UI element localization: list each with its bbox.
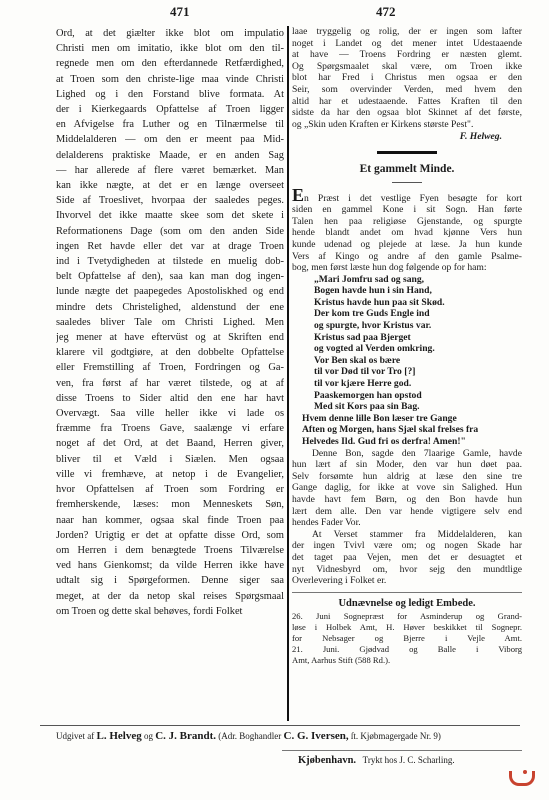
text-line: det taget paa Vejen, men det er desuagte…	[292, 552, 522, 564]
text-line: Middelalderen — om den er meent paa Mid-	[56, 132, 284, 147]
footer-rule-2	[282, 750, 522, 751]
intro-text: laae tryggelig og rolig, der er ingen so…	[292, 26, 522, 130]
poem: „Mari Jomfru sad og sang,Bogen havde hun…	[292, 274, 522, 448]
poem-line: „Mari Jomfru sad og sang,	[314, 274, 522, 286]
text-line: regnede men om den efterdannede Retfærdi…	[56, 56, 284, 71]
text-line: lunde nægte det paapegedes Apostoliskhed…	[56, 284, 284, 299]
text-line: Vers af Kingo og andre af den gamle Psal…	[292, 251, 522, 263]
text-line: hvor Opfattelsen af Troen som Fordring e…	[56, 482, 284, 497]
text-line: Christi men om imitatio, ikke blot om de…	[56, 41, 284, 56]
text-line: siden en gammel Kone i sit Sogn. Han før…	[292, 204, 522, 216]
poem-line: Der kom tre Guds Engle ind	[314, 308, 522, 320]
text-line: Overvægt. Saa ville heller ikke vi lade …	[56, 406, 284, 421]
text-line: der i Kierkegaards Opfattelse af Troen l…	[56, 102, 284, 117]
text-line: om Troen og dette skal behøves, fordi Fo…	[56, 604, 284, 619]
text-line: lært dem alle. Den var hende vigtigere s…	[292, 506, 522, 518]
right-column: laae tryggelig og rolig, der er ingen so…	[292, 26, 522, 666]
text-line: blot har Fred i Christus men ogsaa er de…	[292, 72, 522, 84]
text-line: belt Opfattelse af den), saa kan man dog…	[56, 269, 284, 284]
text-line: Side af Troeslivet, hvorpaa der saaledes…	[56, 193, 284, 208]
footer-publisher: C. G. Iversen,	[284, 730, 349, 742]
text-line: Denne Bon, sagde den 7laarige Gamle, hav…	[292, 448, 522, 460]
text-line: sidste da har den ogsaa blot Skinnet af …	[292, 107, 522, 119]
text-line: nyt Vidnesbyrd om, hvor sejg den mundtli…	[292, 564, 522, 576]
signature: F. Helweg.	[292, 131, 522, 143]
text-line: kan ikke nægte, at det er en længe overs…	[56, 178, 284, 193]
footer-address-pre: (Adr. Boghandler	[218, 731, 281, 741]
publisher-footer: Udgivet af L. Helveg og C. J. Brandt. (A…	[56, 730, 526, 742]
text-line: løse i Holbek Amt, H. Høver beskikket ti…	[292, 622, 522, 633]
text-line: Ord, at det giælter ikke blot om impulat…	[56, 26, 284, 41]
poem-line: til vor kjære Herre god.	[314, 378, 522, 390]
poem-line: Paaskemorgen han opstod	[314, 390, 522, 402]
poem-line: og vogted al Verden omkring.	[314, 343, 522, 355]
text-line: og „Skin uden Kraften er Kirkens største…	[292, 119, 522, 131]
text-line: — har allerede af flere været bemærket. …	[56, 163, 284, 178]
notice-separator	[292, 592, 522, 593]
text-line: ved hans Gienkomst; da vilde Herren ikke…	[56, 558, 284, 573]
text-line: altid har et udestaaende. Fattes Kraften…	[292, 96, 522, 108]
text-line: disse Troens to Sider altid den ene har …	[56, 391, 284, 406]
paragraph-2: Denne Bon, sagde den 7laarige Gamle, hav…	[292, 448, 522, 529]
footer-printer: Trykt hos J. C. Scharling.	[363, 755, 455, 765]
text-line: meget, at der da netop skal reises Spørg…	[56, 589, 284, 604]
text-line: klarere vil godtgiøre, at den dobbelte O…	[56, 345, 284, 360]
text-line: for Nebsager og Bjerre i Vejle Amt.	[292, 633, 522, 644]
article-title: Et gammelt Minde.	[292, 164, 522, 176]
text-line: om Herren i dem benægtede Troens Tilvære…	[56, 543, 284, 558]
left-column: Ord, at det giælter ikke blot om impulat…	[56, 26, 284, 619]
text-line: fræmme fra Troens Gave, saalænge vi erfa…	[56, 421, 284, 436]
text-line: bliver til et Væld i Siælen. Men ogsaa	[56, 452, 284, 467]
page-number-right: 472	[376, 4, 396, 20]
page-number-left: 471	[170, 4, 190, 20]
text-line: Talen hen paa religiøse Gjenstande, og s…	[292, 216, 522, 228]
text-line: fremherskende, læses: mon Menneskets Søn…	[56, 497, 284, 512]
footer-address-post: ſt. Kjøbmagergade Nr. 9)	[351, 731, 441, 741]
text-line: noget af det Ord, at det Baand, Herren g…	[56, 436, 284, 451]
poem-line: Vor Ben skal os bære	[314, 355, 522, 367]
text-line: mindre dets Christelighed, aldenstund de…	[56, 300, 284, 315]
footer-prefix: Udgivet af	[56, 731, 94, 741]
corner-logo-dot-icon	[523, 770, 527, 774]
text-line: saaledes bliver Tale om Christi Lighed. …	[56, 315, 284, 330]
poem-line: til vor Død til vor Tro [?]	[314, 366, 522, 378]
text-line: udtalt sig i Spørgeformen. Denne siger s…	[56, 573, 284, 588]
text-line: at Troen som den christe-lige maa vinde …	[56, 72, 284, 87]
text-line: Amt, Aarhus Stift (588 Rd.).	[292, 655, 522, 666]
notice-body: 26. Juni Sognepræst for Asminderup og Gr…	[292, 611, 522, 666]
text-line: delalderens praktiske Maade, er en anden…	[56, 148, 284, 163]
text-line: Lighed og i den Forstand blive formata. …	[56, 87, 284, 102]
text-line: ingen Ret havde eller det var at drage T…	[56, 239, 284, 254]
footer-editor1: L. Helveg	[97, 730, 142, 742]
text-line: Jorden? Urigtig er det at opfatte disse …	[56, 528, 284, 543]
poem-line: Hvem denne lille Bon læser tre Gange	[302, 413, 522, 425]
text-line: Ihvorvel det ikke maatte skee som det sk…	[56, 208, 284, 223]
text-line: en Afvigelse fra Luther og en Tilnærmels…	[56, 117, 284, 132]
poem-line: Bogen havde hun i sin Hand,	[314, 285, 522, 297]
poem-line: Aften og Morgen, hans Sjæl skal frelses …	[302, 424, 522, 436]
footer-editor2: C. J. Brandt.	[155, 730, 216, 742]
text-line: Seir, som overvinder Verden, med hvem de…	[292, 84, 522, 96]
text-line: naar han kommer, ogsaa skal finde Troen …	[56, 513, 284, 528]
poem-line: og spurgte, hvor Kristus var.	[314, 320, 522, 332]
section-separator-bar	[377, 151, 437, 154]
printer-footer: Kjøbenhavn. Trykt hos J. C. Scharling.	[298, 755, 455, 766]
drop-cap: E	[292, 189, 304, 205]
poem-line: Helvedes Ild. Gud fri os derfra! Amen!"	[302, 436, 522, 448]
text-line: ven, fra først af har været tilstede, og…	[56, 376, 284, 391]
text-line: kunde udenad og plejede at læse. Ja hun …	[292, 239, 522, 251]
paragraph-3: At Verset stammer fra Middelalderen, kan…	[292, 529, 522, 587]
text-line: laae tryggelig og rolig, der er ingen so…	[292, 26, 522, 38]
text-line: jeg mener at have eftervüst og at Skrift…	[56, 330, 284, 345]
footer-conj: og	[144, 731, 153, 741]
text-line: Og Spørgsmaalet skal være, om Troen ikke	[292, 61, 522, 73]
text-line: 26. Juni Sognepræst for Asminderup og Gr…	[292, 611, 522, 622]
footer-city: Kjøbenhavn.	[298, 755, 356, 766]
text-line: Selv forsømte hun aldrig at læse den sin…	[292, 471, 522, 483]
footer-rule	[40, 725, 520, 726]
corner-logo-icon	[509, 771, 535, 786]
text-line: hun lært af sin Moder, den var hun døet …	[292, 459, 522, 471]
text-line: ville vi fremhæve, at netop i de Evangel…	[56, 467, 284, 482]
text-line: Reformationens Dage (som om den anden Si…	[56, 224, 284, 239]
article-body: En Præst i det vestlige Fyen besøgte for…	[292, 189, 522, 274]
poem-line: Med sit Kors paa sin Bag.	[314, 401, 522, 413]
title-underline	[392, 182, 422, 183]
text-line: bog, men først læste hun dog følgende op…	[292, 262, 522, 274]
text-line: der ingen Tvivl være om; og nogen Skade …	[292, 540, 522, 552]
text-line: at have — Troens Fordring er næsten glem…	[292, 49, 522, 61]
text-line: 21. Juni. Gjødvad og Balle i Viborg	[292, 644, 522, 655]
text-line: noget i Landet og det mener intet Udesta…	[292, 38, 522, 50]
notice-title: Udnævnelse og ledigt Embede.	[292, 598, 522, 610]
text-line: Gange daglig, for ikke at vove sin Salig…	[292, 482, 522, 494]
text-line: Overlevering i Folket er.	[292, 575, 522, 587]
text-line: eller Fremstilling af Troen, Fordringen …	[56, 360, 284, 375]
text-line: hende blandt andet om hvad kjønne Vers h…	[292, 227, 522, 239]
poem-line: Kristus sad paa Bjerget	[314, 332, 522, 344]
column-divider	[287, 26, 289, 721]
text-line: hendes Fader Vor.	[292, 517, 522, 529]
text-line: havde havt fem Børn, og den Bon havde hu…	[292, 494, 522, 506]
text-line: At Verset stammer fra Middelalderen, kan	[292, 529, 522, 541]
text-line: En Præst i det vestlige Fyen besøgte for…	[292, 189, 522, 205]
text-line: ind i Tvetydigheden at tilstede en mueli…	[56, 254, 284, 269]
poem-line: Kristus havde hun paa sit Skød.	[314, 297, 522, 309]
